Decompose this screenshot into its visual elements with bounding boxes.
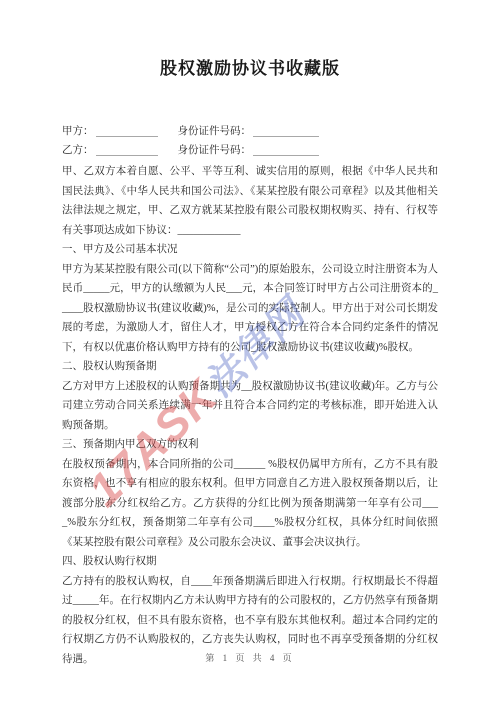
preamble-paragraph: 甲、乙双方本着自愿、公平、平等互利、诚实信用的原则，根据《中华人民共和国民法典》… xyxy=(62,162,438,240)
document-content: 股权激励协议书收藏版 甲方： 身份证件号码： 乙方： 身份证件号码： 甲、乙双方… xyxy=(62,0,438,669)
party-b-id-blank xyxy=(253,143,319,156)
party-b-name-blank xyxy=(96,143,158,156)
section-2-paragraph: 乙方对甲方上述股权的认购预备期共为__股权激励协议书(建议收藏)年。乙方与公司建… xyxy=(62,377,438,436)
section-heading-1: 一、甲方及公司基本状况 xyxy=(62,240,438,260)
party-row-yifang: 乙方： 身份证件号码： xyxy=(62,138,438,158)
paragraphs-block: 甲、乙双方本着自愿、公平、平等互利、诚实信用的原则，根据《中华人民共和国民法典》… xyxy=(62,162,438,669)
parties-block: 甲方： 身份证件号码： 乙方： 身份证件号码： xyxy=(62,118,438,157)
party-a-id-blank xyxy=(253,124,319,137)
party-b-id-label: 身份证件号码： xyxy=(178,142,252,157)
party-a-name-blank xyxy=(96,124,158,137)
document-title: 股权激励协议书收藏版 xyxy=(62,58,438,80)
section-3-paragraph: 在股权预备期内，本合同所指的公司______ %股权仍属甲方所有，乙方不具有股东… xyxy=(62,455,438,553)
party-b-label: 乙方： xyxy=(62,142,94,157)
section-1-paragraph: 甲方为某某控股有限公司(以下简称“公司”)的原始股东，公司设立时注册资本为人民币… xyxy=(62,260,438,358)
section-heading-4: 四、股权认购行权期 xyxy=(62,552,438,572)
party-row-jiafang: 甲方： 身份证件号码： xyxy=(62,118,438,138)
party-a-label: 甲方： xyxy=(62,123,94,138)
section-heading-3: 三、预备期内甲乙双方的权利 xyxy=(62,435,438,455)
document-page: 17ASK法律网 股权激励协议书收藏版 甲方： 身份证件号码： 乙方： 身份证件… xyxy=(0,0,500,706)
section-heading-2: 二、股权认购预备期 xyxy=(62,357,438,377)
party-a-id-label: 身份证件号码： xyxy=(178,123,252,138)
page-number: 第 1 页 共 4 页 xyxy=(0,651,500,664)
